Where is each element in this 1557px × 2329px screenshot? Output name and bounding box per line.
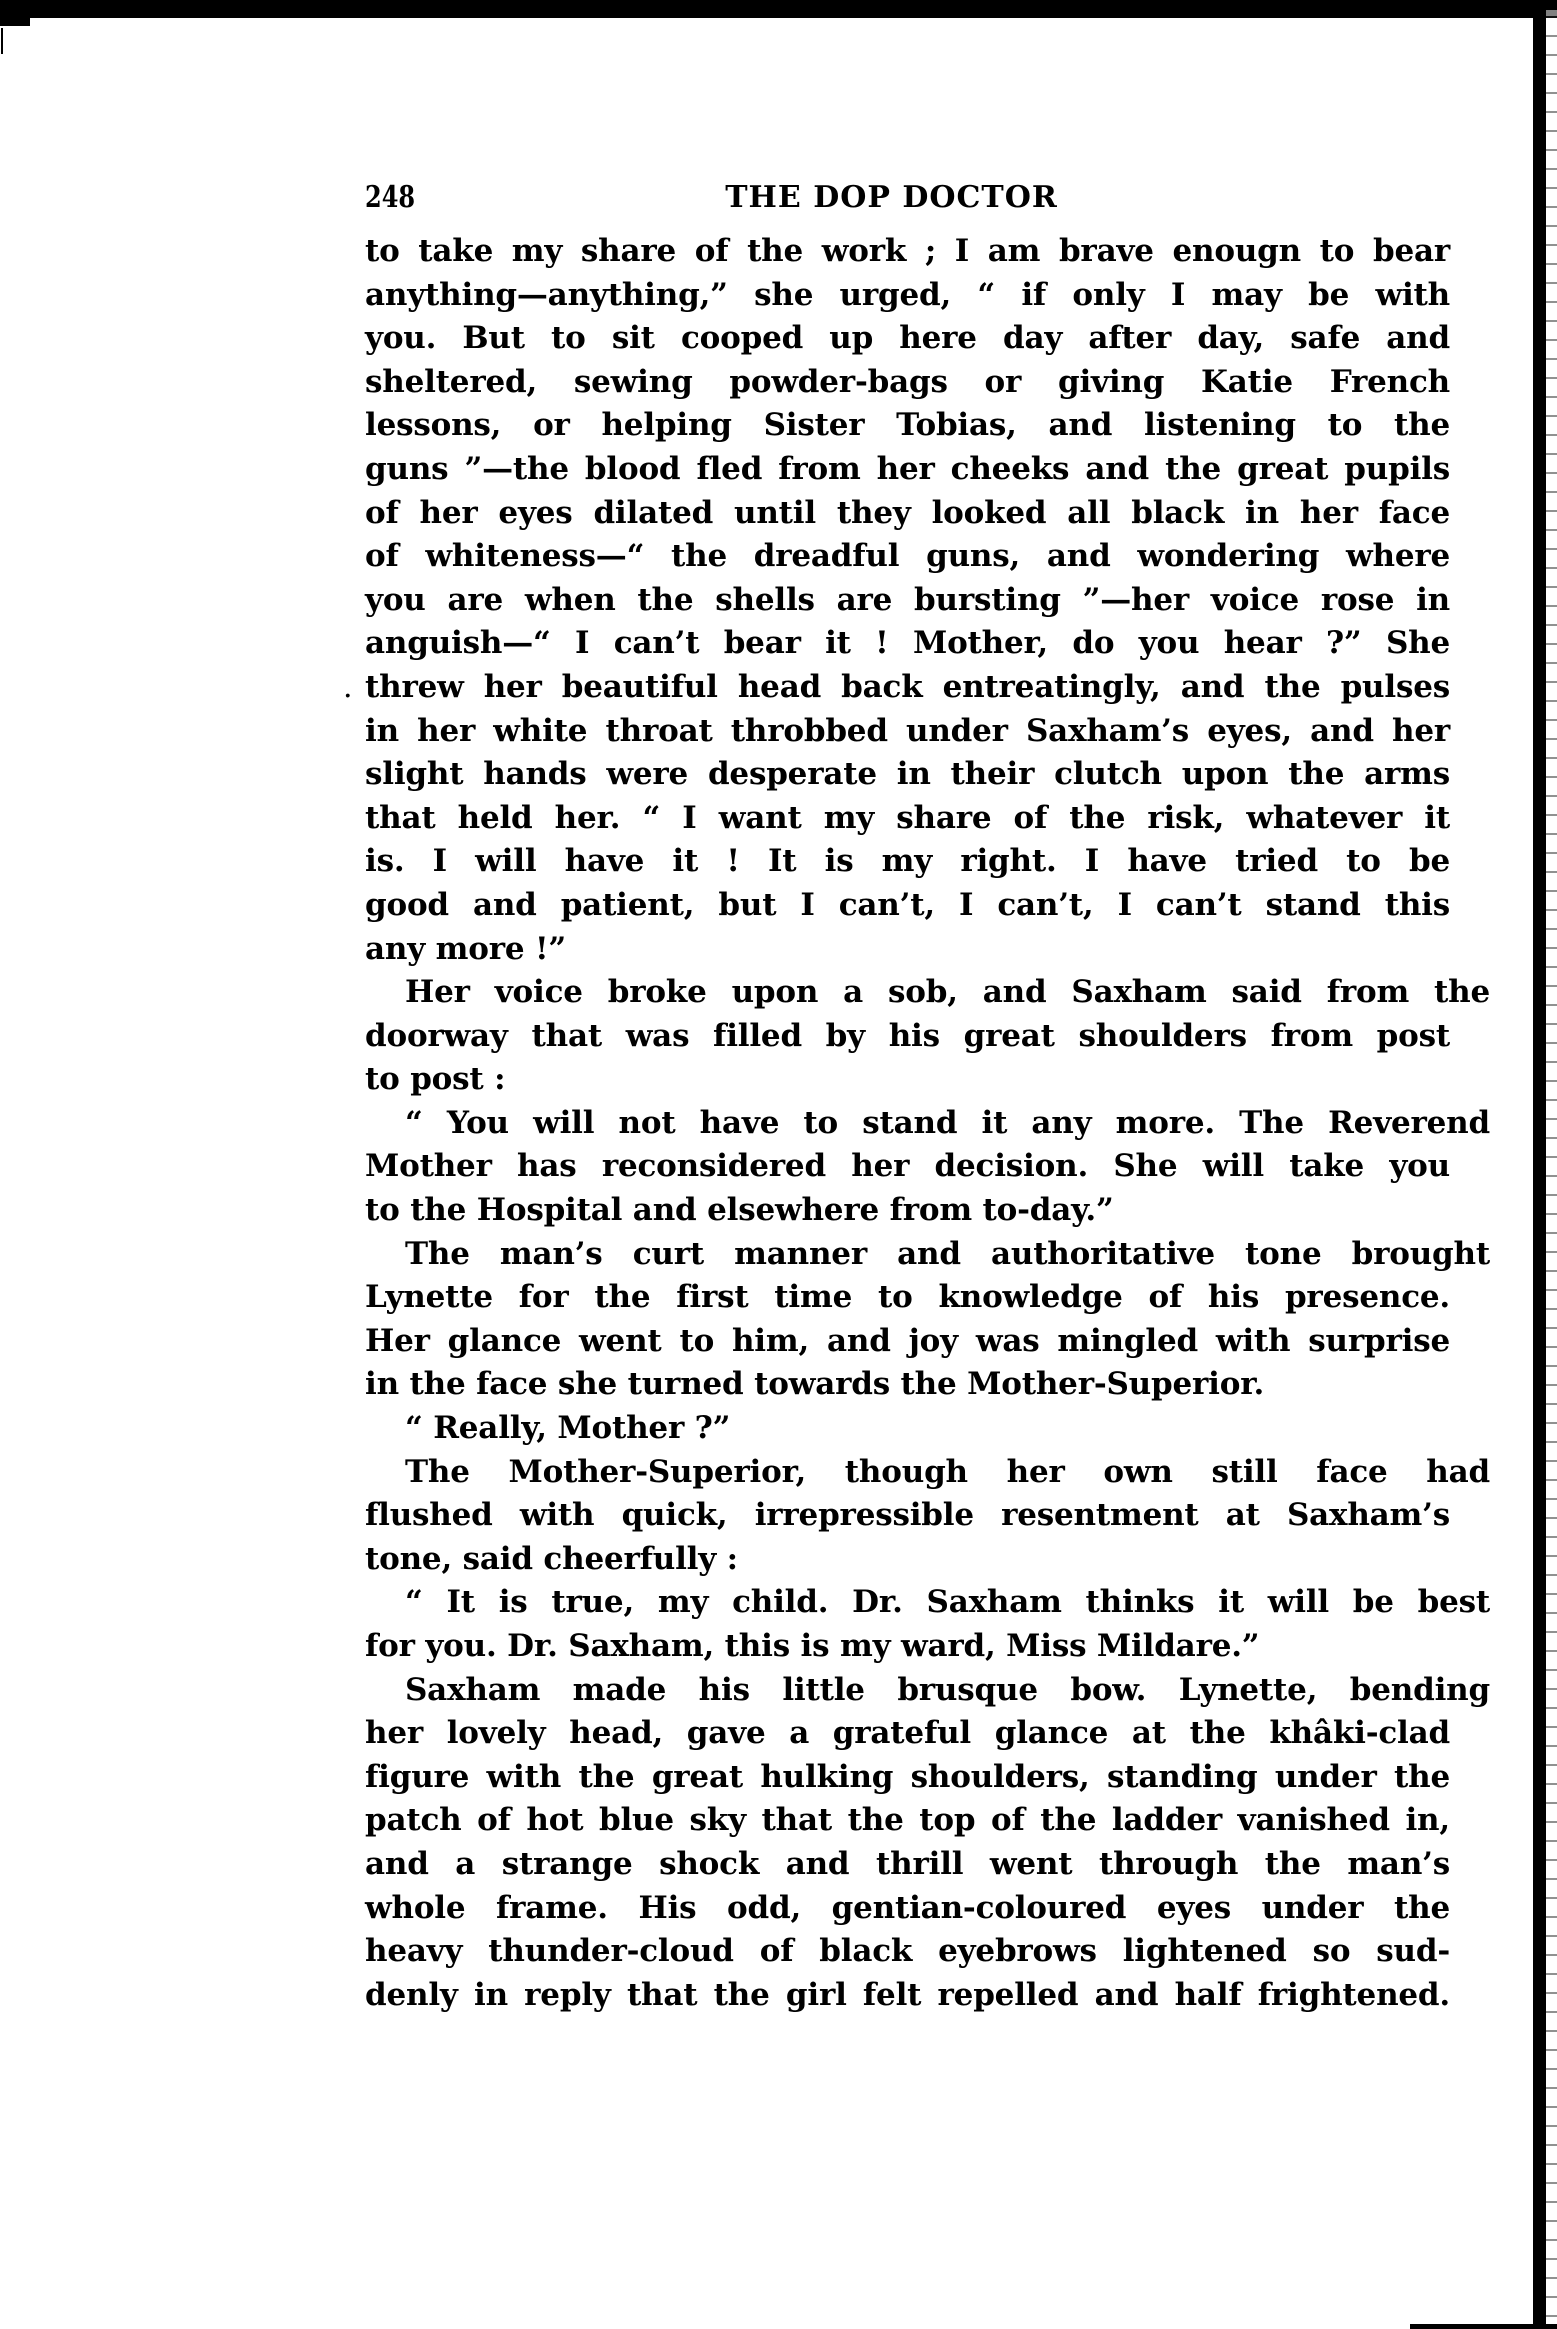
text-line-wrap: her lovely head, gave a grateful glance … [365,1712,1450,1756]
text-line-wrap: doorway that was filled by his great sho… [365,1015,1450,1059]
text-line: The Mother-Superior, though her own stil… [365,1451,1490,1495]
text-line-wrap: .threw her beautiful head back entreatin… [365,666,1450,710]
text-line: her lovely head, gave a grateful glance … [365,1712,1450,1756]
text-line-wrap: slight hands were desperate in their clu… [365,753,1450,797]
text-line: lessons, or helping Sister Tobias, and l… [365,404,1450,448]
text-line-wrap: Saxham made his little brusque bow. Lyne… [365,1669,1450,1713]
scan-left-artifact [1,28,3,54]
text-line: whole frame. His odd, gentian-coloured e… [365,1887,1450,1931]
book-page: 248 THE DOP DOCTOR to take my share of t… [365,180,1450,2017]
text-line-wrap: Lynette for the first time to knowledge … [365,1276,1450,1320]
scan-top-left-artifact [0,18,30,26]
text-line: Her glance went to him, and joy was ming… [365,1320,1450,1364]
text-line: denly in reply that the girl felt repell… [365,1974,1450,2018]
text-line-wrap: that held her. “ I want my share of the … [365,797,1450,841]
text-line-wrap: The Mother-Superior, though her own stil… [365,1451,1450,1495]
running-head: 248 THE DOP DOCTOR [365,180,1450,230]
text-line-wrap: of her eyes dilated until they looked al… [365,492,1450,536]
text-line-wrap: heavy thunder-cloud of black eyebrows li… [365,1930,1450,1974]
text-line: “ Really, Mother ?” [365,1407,1490,1451]
text-line: to the Hospital and elsewhere from to-da… [365,1189,1450,1233]
text-line-wrap: sheltered, sewing powder-bags or giving … [365,361,1450,405]
text-line: patch of hot blue sky that the top of th… [365,1799,1450,1843]
text-line: Mother has reconsidered her decision. Sh… [365,1145,1450,1189]
text-line-wrap: Her glance went to him, and joy was ming… [365,1320,1450,1364]
text-line-wrap: “ Really, Mother ?” [365,1407,1450,1451]
text-line: doorway that was filled by his great sho… [365,1015,1450,1059]
scan-bottom-border [1410,2324,1557,2329]
text-line-wrap: you. But to sit cooped up here day after… [365,317,1450,361]
text-line-wrap: figure with the great hulking shoulders,… [365,1756,1450,1800]
text-line-wrap: Mother has reconsidered her decision. Sh… [365,1145,1450,1189]
text-line-wrap: any more !” [365,928,1450,972]
text-line: that held her. “ I want my share of the … [365,797,1450,841]
running-title: THE DOP DOCTOR [349,180,1434,215]
text-line: good and patient, but I can’t, I can’t, … [365,884,1450,928]
margin-mark: . [343,666,353,710]
text-line-wrap: and a strange shock and thrill went thro… [365,1843,1450,1887]
text-line: for you. Dr. Saxham, this is my ward, Mi… [365,1625,1450,1669]
text-line-wrap: lessons, or helping Sister Tobias, and l… [365,404,1450,448]
text-line: anguish—“ I can’t bear it ! Mother, do y… [365,622,1450,666]
text-line: heavy thunder-cloud of black eyebrows li… [365,1930,1450,1974]
text-line-wrap: anguish—“ I can’t bear it ! Mother, do y… [365,622,1450,666]
text-line-wrap: “ You will not have to stand it any more… [365,1102,1450,1146]
text-line: threw her beautiful head back entreating… [365,666,1450,710]
text-line-wrap: denly in reply that the girl felt repell… [365,1974,1450,2018]
text-line: slight hands were desperate in their clu… [365,753,1450,797]
text-line-wrap: Her voice broke upon a sob, and Saxham s… [365,971,1450,1015]
text-line: flushed with quick, irrepressible resent… [365,1494,1450,1538]
text-line: of whiteness—“ the dreadful guns, and wo… [365,535,1450,579]
text-line: “ It is true, my child. Dr. Saxham think… [365,1581,1490,1625]
text-line: you are when the shells are bursting ”—h… [365,579,1450,623]
text-line: figure with the great hulking shoulders,… [365,1756,1450,1800]
text-line: you. But to sit cooped up here day after… [365,317,1450,361]
text-line-wrap: is. I will have it ! It is my right. I h… [365,840,1450,884]
text-line: sheltered, sewing powder-bags or giving … [365,361,1450,405]
text-line-wrap: in her white throat throbbed under Saxha… [365,710,1450,754]
text-line: in her white throat throbbed under Saxha… [365,710,1450,754]
text-line-wrap: of whiteness—“ the dreadful guns, and wo… [365,535,1450,579]
text-line-wrap: to take my share of the work ; I am brav… [365,230,1450,274]
text-line-wrap: whole frame. His odd, gentian-coloured e… [365,1887,1450,1931]
text-line: Saxham made his little brusque bow. Lyne… [365,1669,1490,1713]
text-line-wrap: anything—anything,” she urged, “ if only… [365,274,1450,318]
text-line: tone, said cheerfully : [365,1538,1450,1582]
text-line-wrap: tone, said cheerfully : [365,1538,1450,1582]
scan-right-border [1533,10,1546,2329]
text-line-wrap: flushed with quick, irrepressible resent… [365,1494,1450,1538]
text-line-wrap: you are when the shells are bursting ”—h… [365,579,1450,623]
body-text: to take my share of the work ; I am brav… [365,230,1450,2017]
text-line-wrap: for you. Dr. Saxham, this is my ward, Mi… [365,1625,1450,1669]
text-line-wrap: guns ”—the blood fled from her cheeks an… [365,448,1450,492]
text-line-wrap: “ It is true, my child. Dr. Saxham think… [365,1581,1450,1625]
text-line-wrap: patch of hot blue sky that the top of th… [365,1799,1450,1843]
scan-right-fringe [1546,10,1557,2329]
text-line: Her voice broke upon a sob, and Saxham s… [365,971,1490,1015]
text-line: anything—anything,” she urged, “ if only… [365,274,1450,318]
text-line-wrap: to the Hospital and elsewhere from to-da… [365,1189,1450,1233]
scan-top-border [0,0,1557,18]
text-line: in the face she turned towards the Mothe… [365,1363,1450,1407]
text-line-wrap: to post : [365,1058,1450,1102]
text-line-wrap: in the face she turned towards the Mothe… [365,1363,1450,1407]
text-line: to post : [365,1058,1450,1102]
text-line: “ You will not have to stand it any more… [365,1102,1490,1146]
text-line: to take my share of the work ; I am brav… [365,230,1450,274]
text-line-wrap: good and patient, but I can’t, I can’t, … [365,884,1450,928]
text-line: of her eyes dilated until they looked al… [365,492,1450,536]
text-line: The man’s curt manner and authoritative … [365,1233,1490,1277]
text-line: and a strange shock and thrill went thro… [365,1843,1450,1887]
text-line-wrap: The man’s curt manner and authoritative … [365,1233,1450,1277]
text-line: any more !” [365,928,1450,972]
text-line: guns ”—the blood fled from her cheeks an… [365,448,1450,492]
text-line: Lynette for the first time to knowledge … [365,1276,1450,1320]
text-line: is. I will have it ! It is my right. I h… [365,840,1450,884]
